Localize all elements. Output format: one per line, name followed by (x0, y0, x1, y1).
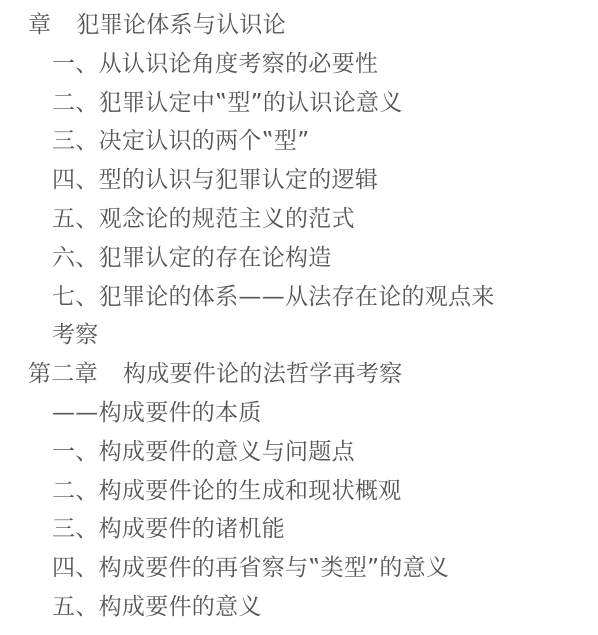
toc-item[interactable]: 四、型的认识与犯罪认定的逻辑 (0, 161, 598, 200)
toc-item[interactable]: 五、观念论的规范主义的范式 (0, 200, 598, 239)
toc-item[interactable]: 一、构成要件的意义与问题点 (0, 433, 598, 472)
toc-item-continuation[interactable]: 考察 (0, 316, 598, 355)
toc-item[interactable]: 三、构成要件的诸机能 (0, 510, 598, 549)
chapter-title: 犯罪论体系与认识论 (76, 12, 286, 38)
toc-item[interactable]: 七、犯罪论的体系——从法存在论的观点来 (0, 278, 598, 317)
toc-item[interactable]: 五、构成要件的意义 (0, 588, 598, 627)
toc-item[interactable]: 二、构成要件论的生成和现状概观 (0, 472, 598, 511)
chapter-label: 章 (28, 12, 51, 38)
table-of-contents: 章犯罪论体系与认识论 一、从认识论角度考察的必要性 二、犯罪认定中‟型”的认识论… (0, 6, 598, 627)
toc-item[interactable]: 三、决定认识的两个‟型” (0, 122, 598, 161)
toc-item[interactable]: 六、犯罪认定的存在论构造 (0, 239, 598, 278)
chapter-title: 构成要件论的法哲学再考察 (123, 361, 403, 387)
chapter-subtitle: ——构成要件的本质 (0, 394, 598, 433)
toc-item[interactable]: 四、构成要件的再省察与‟类型”的意义 (0, 549, 598, 588)
chapter-heading[interactable]: 章犯罪论体系与认识论 (0, 6, 598, 45)
chapter-heading[interactable]: 第二章构成要件论的法哲学再考察 (0, 355, 598, 394)
toc-item[interactable]: 二、犯罪认定中‟型”的认识论意义 (0, 84, 598, 123)
chapter-label: 第二章 (28, 361, 98, 387)
toc-item[interactable]: 一、从认识论角度考察的必要性 (0, 45, 598, 84)
